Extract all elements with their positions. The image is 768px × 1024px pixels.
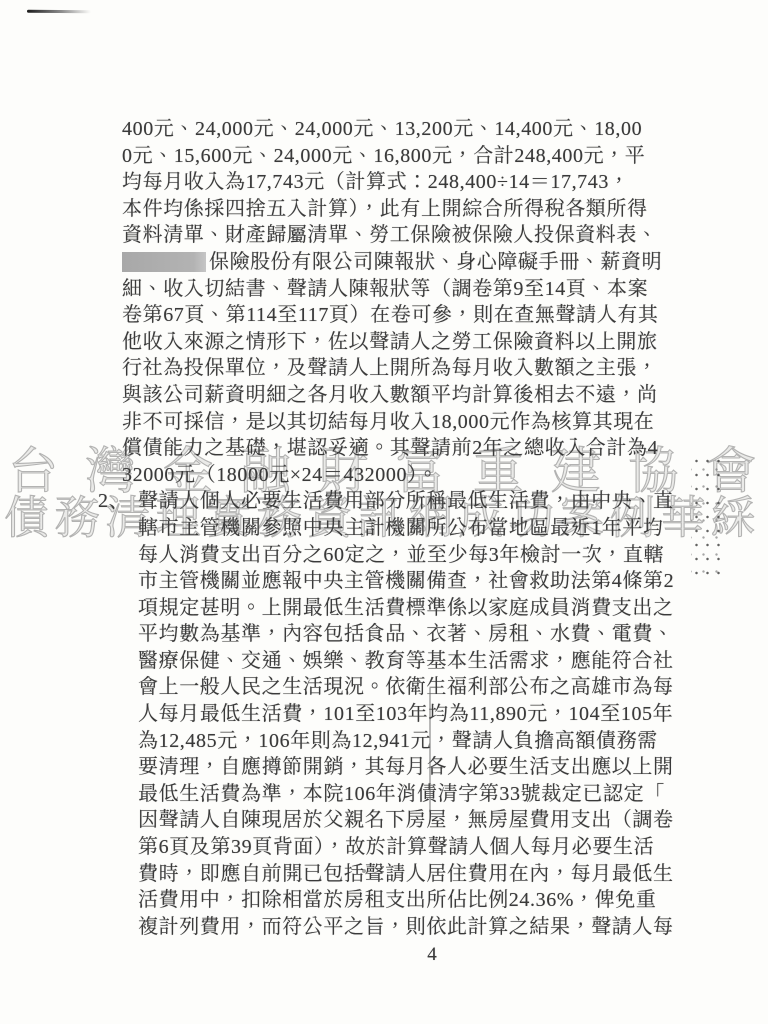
- document-text-block: 400元、24,000元、24,000元、13,200元、14,400元、18,…: [122, 116, 670, 940]
- text-line-content: 資料清單、財產歸屬清單、勞工保險被保險人投保資料表、: [122, 224, 658, 246]
- watermark-char: 務: [54, 496, 99, 541]
- text-line: 32000元（18000元×24＝432000）。: [122, 462, 670, 489]
- scanned-document-page: 台灣金融財富重建協會 債務清理實務資訊網成功案例華綵 400元、24,000元、…: [0, 0, 768, 1024]
- text-line: 費時，即應自前開已包括聲請人居住費用在內，每月最低生: [122, 861, 670, 888]
- text-line: 本件均係採四捨五入計算），此有上開綜合所得稅各類所得: [122, 196, 670, 223]
- text-line-content: 非不可採信，是以其切結每月收入18,000元作為核算其現在: [122, 411, 654, 433]
- text-line: 醫療保健、交通、娛樂、教育等基本生活需求，應能符合社: [122, 648, 670, 675]
- text-line-content: 與該公司薪資明細之各月收入數額平均計算後相去不遠，尚: [122, 384, 658, 406]
- dotted-stamp-mark: [691, 454, 724, 582]
- text-line: 最低生活費為準，本院106年消債清字第33號裁定已認定「: [122, 781, 670, 808]
- text-line-content: 因聲請人自陳現居於父親名下房屋，無房屋費用支出（調卷: [138, 809, 674, 831]
- text-line-content: 費時，即應自前開已包括聲請人居住費用在內，每月最低生: [138, 863, 674, 885]
- scan-speck: [362, 869, 366, 873]
- page-number: 4: [408, 944, 456, 966]
- text-line: 平均數為基準，內容包括食品、衣著、房租、水費、電費、: [122, 621, 670, 648]
- text-line: 因聲請人自陳現居於父親名下房屋，無房屋費用支出（調卷: [122, 807, 670, 834]
- text-line-content: 償債能力之基礎，堪認妥適。其聲請前2年之總收入合計為4: [122, 437, 658, 459]
- text-line: 2、聲請人個人必要生活費用部分所稱最低生活費，由中央、直: [122, 488, 670, 515]
- text-line: 與該公司薪資明細之各月收入數額平均計算後相去不遠，尚: [122, 382, 670, 409]
- text-line-content: 為12,485元，106年則為12,941元，聲請人負擔高額債務需: [138, 730, 658, 752]
- text-line: 0元、15,600元、24,000元、16,800元，合計248,400元，平: [122, 143, 670, 170]
- text-line-content: 醫療保健、交通、娛樂、教育等基本生活需求，應能符合社: [138, 650, 674, 672]
- text-line: 為12,485元，106年則為12,941元，聲請人負擔高額債務需: [122, 728, 670, 755]
- scan-artifact-line: [27, 10, 91, 13]
- text-line-content: 轄市主管機關參照中央主計機關所公布當地區最近1年平均: [138, 517, 664, 539]
- text-line-content: 最低生活費為準，本院106年消債清字第33號裁定已認定「: [138, 783, 665, 805]
- watermark-char: 債: [4, 496, 49, 541]
- text-line: 400元、24,000元、24,000元、13,200元、14,400元、18,…: [122, 116, 670, 143]
- text-line-content: 每人消費支出百分之60定之，並至少每3年檢討一次，直轄: [138, 544, 664, 566]
- text-line-content: 均每月收入為17,743元（計算式：248,400÷14＝17,743，: [122, 171, 630, 193]
- text-line-content: 細、收入切結書、聲請人陳報狀等（調卷第9至14頁、本案: [122, 278, 648, 300]
- text-line: 他收入來源之情形下，佐以聲請人之勞工保險資料以上開旅: [122, 329, 670, 356]
- text-line: 人每月最低生活費，101至103年均為11,890元，104至105年: [122, 701, 670, 728]
- text-line: 活費用中，扣除相當於房租支出所佔比例24.36%，俾免重: [122, 887, 670, 914]
- text-line-content: 平均數為基準，內容包括食品、衣著、房租、水費、電費、: [138, 623, 674, 645]
- text-line: 資料清單、財產歸屬清單、勞工保險被保險人投保資料表、: [122, 222, 670, 249]
- text-line-content: 市主管機關並應報中央主管機關備查，社會救助法第4條第2: [138, 570, 674, 592]
- text-line: 複計列費用，而符公平之旨，則依此計算之結果，聲請人每: [122, 914, 670, 941]
- text-line: 細、收入切結書、聲請人陳報狀等（調卷第9至14頁、本案: [122, 276, 670, 303]
- redaction-box: [122, 252, 206, 272]
- list-item-number: 2、: [98, 488, 129, 515]
- text-line: 卷第67頁、第114至117頁）在卷可參，則在查無聲請人有其: [122, 302, 670, 329]
- text-line-content: 0元、15,600元、24,000元、16,800元，合計248,400元，平: [122, 145, 645, 167]
- text-line-content: 保險股份有限公司陳報狀、身心障礙手冊、薪資明: [209, 251, 662, 273]
- text-line: 行社為投保單位，及聲請人上開所為每月收入數額之主張，: [122, 355, 670, 382]
- scan-speck: [300, 878, 302, 880]
- text-line-content: 活費用中，扣除相當於房租支出所佔比例24.36%，俾免重: [138, 889, 656, 911]
- text-line: 第6頁及第39頁背面），故於計算聲請人個人每月必要生活: [122, 834, 670, 861]
- text-line: 均每月收入為17,743元（計算式：248,400÷14＝17,743，: [122, 169, 670, 196]
- scan-artifact-vertical-line: [429, 688, 431, 812]
- text-line-content: 項規定甚明。上開最低生活費標準係以家庭成員消費支出之: [138, 597, 674, 619]
- text-line: 轄市主管機關參照中央主計機關所公布當地區最近1年平均: [122, 515, 670, 542]
- text-line-content: 他收入來源之情形下，佐以聲請人之勞工保險資料以上開旅: [122, 331, 658, 353]
- text-line-content: 要清理，自應撙節開銷，其每月各人必要生活支出應以上開: [138, 756, 674, 778]
- text-line: 要清理，自應撙節開銷，其每月各人必要生活支出應以上開: [122, 754, 670, 781]
- text-line-content: 會上一般人民之生活現況。依衛生福利部公布之高雄市為每: [138, 676, 674, 698]
- text-line: 市主管機關並應報中央主管機關備查，社會救助法第4條第2: [122, 568, 670, 595]
- text-line-content: 行社為投保單位，及聲請人上開所為每月收入數額之主張，: [122, 357, 658, 379]
- text-line-content: 本件均係採四捨五入計算），此有上開綜合所得稅各類所得: [122, 198, 648, 220]
- text-line-content: 人每月最低生活費，101至103年均為11,890元，104至105年: [138, 703, 673, 725]
- text-line: 項規定甚明。上開最低生活費標準係以家庭成員消費支出之: [122, 595, 670, 622]
- text-line-content: 複計列費用，而符公平之旨，則依此計算之結果，聲請人每: [138, 916, 674, 938]
- text-line-content: 32000元（18000元×24＝432000）。: [122, 464, 438, 486]
- text-line: 每人消費支出百分之60定之，並至少每3年檢討一次，直轄: [122, 542, 670, 569]
- text-line-content: 第6頁及第39頁背面），故於計算聲請人個人每月必要生活: [138, 836, 654, 858]
- text-line-content: 400元、24,000元、24,000元、13,200元、14,400元、18,…: [122, 118, 642, 140]
- watermark-char: 台: [8, 446, 58, 496]
- text-line: 償債能力之基礎，堪認妥適。其聲請前2年之總收入合計為4: [122, 435, 670, 462]
- text-line: 非不可採信，是以其切結每月收入18,000元作為核算其現在: [122, 409, 670, 436]
- text-line-content: 卷第67頁、第114至117頁）在卷可參，則在查無聲請人有其: [122, 304, 659, 326]
- text-line: 會上一般人民之生活現況。依衛生福利部公布之高雄市為每: [122, 674, 670, 701]
- text-line-content: 聲請人個人必要生活費用部分所稱最低生活費，由中央、直: [138, 490, 674, 512]
- text-line: 保險股份有限公司陳報狀、身心障礙手冊、薪資明: [122, 249, 670, 276]
